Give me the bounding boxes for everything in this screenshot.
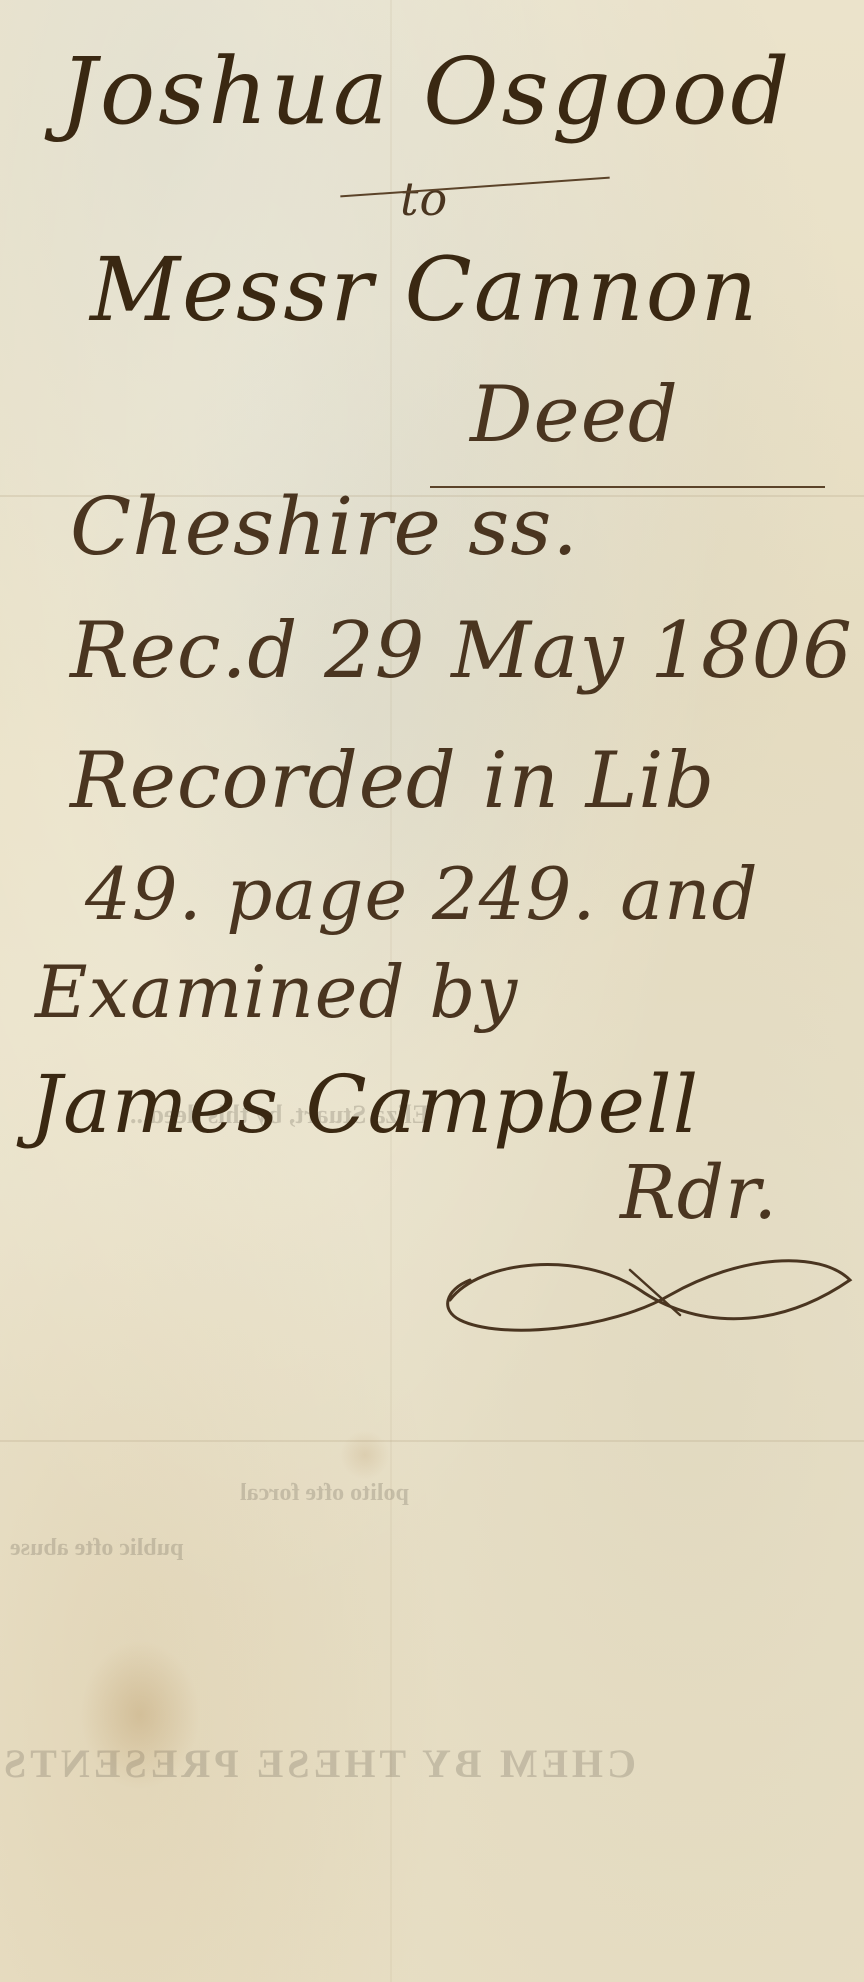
grantee-name: Messr Cannon [90,238,759,341]
examined-by: Examined by [35,950,518,1034]
recorder-title: Rdr. [620,1150,778,1236]
recorded-page: 49. page 249. and [85,852,759,936]
manuscript-page: Eliza Stuart, by this deed... polito oft… [0,0,864,1982]
county-line: Cheshire ss. [70,480,579,573]
connector-stroke [340,177,609,198]
fold-crease-lower [0,1440,864,1442]
signature-flourish-icon [440,1240,864,1350]
recorded-book: Recorded in Lib [70,736,715,826]
connector-to: to [400,172,448,226]
foxing-stain [340,1430,390,1480]
received-date: Rec.d 29 May 1806 [70,606,853,696]
grantor-name: Joshua Osgood [60,38,792,145]
bleed-through-text-3: public ofte abuse [10,1535,183,1562]
instrument-type: Deed [470,370,679,460]
foxing-stain [80,1640,200,1790]
bleed-through-text-2: polito ofte forcal [240,1480,409,1507]
recorder-name: James Campbell [30,1058,699,1151]
